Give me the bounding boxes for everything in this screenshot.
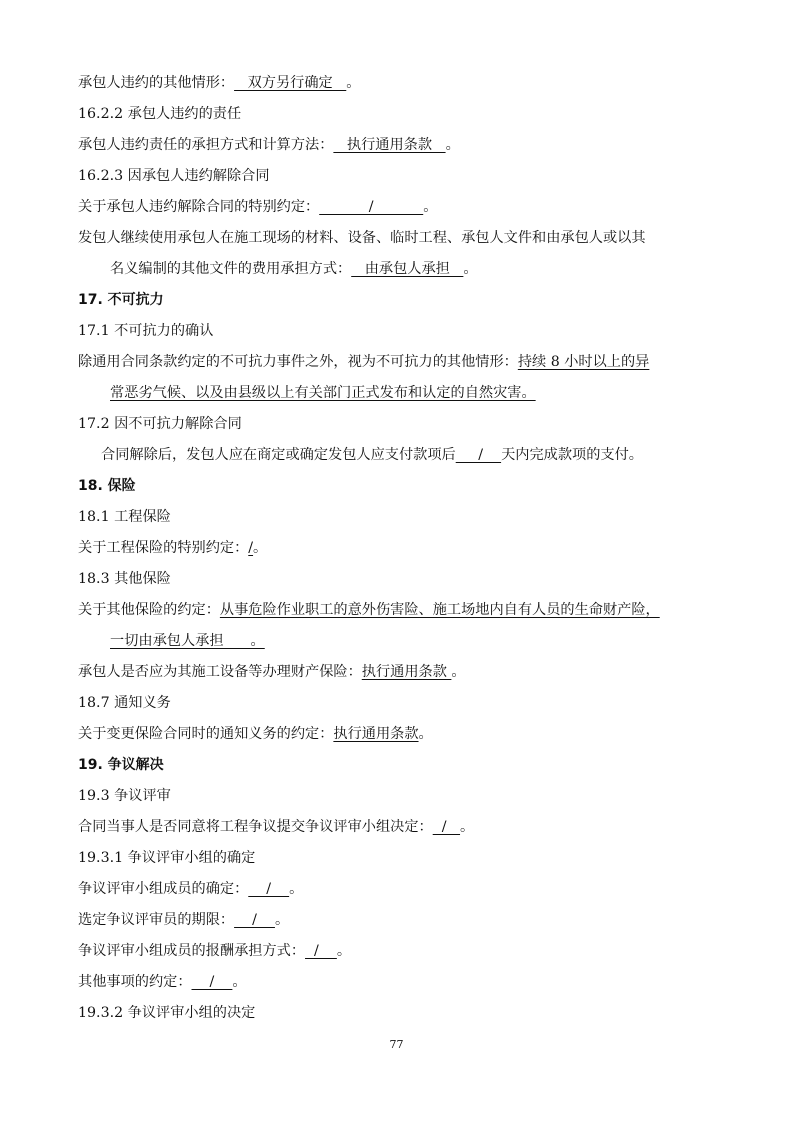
heading-19-3-1: 19.3.1 争议评审小组的确定 [78,848,255,868]
line-breach-liability: 承包人违约责任的承担方式和计算方法： 执行通用条款 。 [78,135,460,155]
field-value: / [305,943,337,959]
field-value: 由承包人承担 [351,261,463,277]
field-value: 一切由承包人承担 。 [110,633,265,649]
line-other-breach-cases: 承包人违约的其他情形： 双方另行确定 。 [78,73,360,93]
heading-18-3: 18.3 其他保险 [78,569,171,589]
heading-18: 18. 保险 [78,476,136,496]
heading-17-2: 17.2 因不可抗力解除合同 [78,414,242,434]
heading-16-2-2: 16.2.2 承包人违约的责任 [78,104,241,124]
page-number: 77 [0,1038,793,1051]
line-other-insurance: 关于其他保险的约定：从事危险作业职工的意外伤害险、施工场地内自有人员的生命财产险… [78,600,660,620]
line-termination-special: 关于承包人违约解除合同的特别约定： / 。 [78,197,437,217]
heading-18-1: 18.1 工程保险 [78,507,171,527]
field-value: 持续 8 小时以上的异 [518,354,650,370]
heading-19-3-2: 19.3.2 争议评审小组的决定 [78,1003,255,1023]
heading-18-7: 18.7 通知义务 [78,693,171,713]
field-value: / [433,819,460,835]
field-value: 执行通用条款 [362,664,452,680]
line-panel-members: 争议评审小组成员的确定： / 。 [78,879,303,899]
heading-16-2-3: 16.2.3 因承包人违约解除合同 [78,166,270,186]
line-other-insurance-cont: 一切由承包人承担 。 [110,631,265,651]
line-notification-duty: 关于变更保险合同时的通知义务的约定：执行通用条款。 [78,724,433,744]
line-engineering-insurance: 关于工程保险的特别约定：/。 [78,538,267,558]
field-value: / [192,974,233,990]
line-reviewer-deadline: 选定争议评审员的期限： / 。 [78,910,289,930]
line-force-majeure-other-cont: 常恶劣气候、以及由县级以上有关部门正式发布和认定的自然灾害。 [110,383,536,403]
heading-17-1: 17.1 不可抗力的确认 [78,321,213,341]
field-value: 常恶劣气候、以及由县级以上有关部门正式发布和认定的自然灾害。 [110,385,536,401]
line-force-majeure-other: 除通用合同条款约定的不可抗力事件之外，视为不可抗力的其他情形：持续 8 小时以上… [78,352,649,372]
heading-19: 19. 争议解决 [78,755,164,775]
line-cost-bearing: 名义编制的其他文件的费用承担方式： 由承包人承担 。 [110,259,478,279]
line-other-matters: 其他事项的约定： / 。 [78,972,247,992]
field-value: 执行通用条款 [333,726,418,742]
line-continued-use: 发包人继续使用承包人在施工现场的材料、设备、临时工程、承包人文件和由承包人或以其 [78,228,646,248]
field-value: 双方另行确定 [234,75,346,91]
field-value: / [456,447,501,463]
field-value: 执行通用条款 [333,137,445,153]
field-value: 从事危险作业职工的意外伤害险、施工场地内自有人员的生命财产险， [220,602,660,618]
field-value: / [248,881,289,897]
heading-17: 17. 不可抗力 [78,290,164,310]
line-dispute-review-agree: 合同当事人是否同意将工程争议提交争议评审小组决定： / 。 [78,817,474,837]
field-value: / [234,912,275,928]
line-panel-remuneration: 争议评审小组成员的报酬承担方式： / 。 [78,941,351,961]
field-value: / [319,199,423,215]
line-equipment-insurance: 承包人是否应为其施工设备等办理财产保险：执行通用条款 。 [78,662,466,682]
line-payment-days: 合同解除后，发包人应在商定或确定发包人应支付款项后 / 天内完成款项的支付。 [101,445,643,465]
heading-19-3: 19.3 争议评审 [78,786,171,806]
